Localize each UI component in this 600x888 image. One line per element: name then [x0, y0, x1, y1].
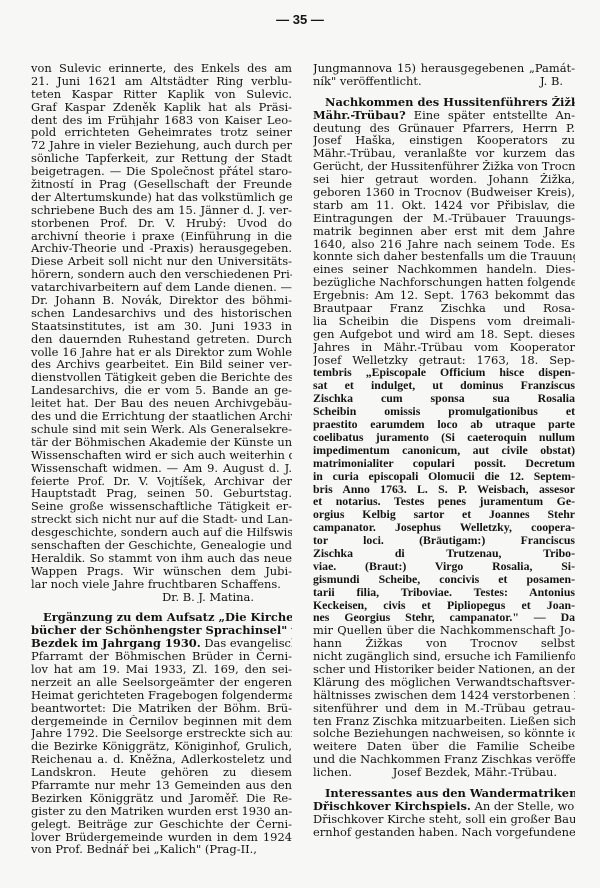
- text-line: die Bezirke Königgrätz, Königinhof, Grul…: [31, 740, 292, 753]
- text-line: Jahres in Mähr.-Trübau vom Kooperator: [313, 341, 575, 354]
- text-line: Klärung des möglichen Verwandtschaftsver…: [313, 676, 575, 689]
- text-line: in curia episcopali Olomucii die 12. Sep…: [313, 470, 575, 483]
- text-line: Heraldik. So stammt von ihm auch das neu…: [31, 552, 292, 565]
- text-line: nerzeit an alle Seelsorgeämter der enger…: [31, 676, 292, 689]
- heading-text: Nachkommen des Hussitenführers Žižka in: [325, 96, 575, 109]
- text-line: 1640, also 216 Jahre nach seinem Tode. E…: [313, 238, 575, 251]
- text-line: Jahre 1792. Die Seelsorge erstreckte sic…: [31, 727, 292, 740]
- text-line: des und die Errichtung der staatlichen A…: [31, 410, 292, 423]
- text-line: Mähr.-Trübau, veranlaßte vor kurzem das: [313, 147, 575, 160]
- text-line: tarii filia, Triboviae. Testes: Antonius: [313, 586, 575, 599]
- text-line: Diese Arbeit soll nicht nur den Universi…: [31, 255, 292, 268]
- text-line: dienstvollen Tätigkeit geben die Bericht…: [31, 371, 292, 384]
- text-line: schule sind mit sein Werk. Als Generalse…: [31, 423, 292, 436]
- heading-text: bücher der Schönhengster Sprachinsel" vo…: [31, 624, 292, 637]
- text-line: hörern, sondern auch den verschiedenen P…: [31, 268, 292, 281]
- text-line: hältnisses zwischen dem 1424 verstorbene…: [313, 689, 575, 702]
- text-line: coelibatus juramento (Si caeteroquin nul…: [313, 431, 575, 444]
- text-line: schen Landesarchivs und des historischen: [31, 307, 292, 320]
- signature-bezdek: Josef Bezdek, Mähr.-Trübau.: [393, 766, 575, 779]
- text-line: dent des im Frühjahr 1683 von Kaiser Leo…: [31, 114, 292, 127]
- text-line-with-signature: lichen.Josef Bezdek, Mähr.-Trübau.: [313, 766, 575, 779]
- text-line: Gerücht, der Hussitenführer Žižka von Tr…: [313, 160, 575, 173]
- text-line: lichen.: [313, 766, 352, 779]
- heading-text: Interessantes aus den Wandermatriken des: [325, 787, 575, 800]
- text-line: gismundi Scheibe, concivis et posamen-: [313, 573, 575, 586]
- text-line: Seine große wissenschaftliche Tätigkeit …: [31, 500, 292, 513]
- text-line: gister zu den Matriken wurden erst 1930 …: [31, 805, 292, 818]
- signature-matina: Dr. B. J. Matina.: [31, 591, 292, 604]
- text-line: tär der Böhmischen Akademie der Künste u…: [31, 436, 292, 449]
- text-line: teten Kaspar Ritter Kaplik von Sulevic.: [31, 88, 292, 101]
- text-line: der Altertumskunde) hat das volkstümlich…: [31, 191, 292, 204]
- paragraph-gap: [313, 779, 575, 787]
- text-line: senschaften der Geschichte, Genealogie u…: [31, 539, 292, 552]
- text-line: storbenen Prof. Dr. V. Hrubý: Úvod do: [31, 217, 292, 230]
- text-line: Brautpaar Franz Zischka und Rosa-: [313, 302, 575, 315]
- right-column: Jungmannova 15) herausgegebenen „Památ-n…: [313, 62, 575, 839]
- heading-tail-text: Das evangelische: [204, 637, 292, 650]
- text-line: Ergebnis: Am 12. Sept. 1763 bekommt das: [313, 289, 575, 302]
- text-line: den dauernden Ruhestand getreten. Durch: [31, 333, 292, 346]
- text-line: orgius Kelbig sartor et Joannes Stehr: [313, 508, 575, 521]
- paragraph-archive-news: von Sulevic erinnerte, des Enkels des am…: [31, 62, 292, 591]
- text-line: Heimat gerichteten Fragebogen folgenderm…: [31, 689, 292, 702]
- text-line: Hauptstadt Prag, seinen 50. Geburtstag.: [31, 487, 292, 500]
- text-line: matrik beginnen aber erst mit dem Jahre: [313, 225, 575, 238]
- paragraph-gap: [313, 88, 575, 96]
- text-line: mir Quellen über die Nachkommenschaft Jo…: [313, 624, 575, 637]
- text-line: dergemeinde in Černilov beginnen mit dem: [31, 715, 292, 728]
- text-line: eines seiner Nachkommen handeln. Dies-: [313, 263, 575, 276]
- heading-line: Nachkommen des Hussitenführers Žižka in: [313, 96, 575, 109]
- text-line: solche Beziehungen nachweisen, so könnte…: [313, 727, 575, 740]
- text-line: impedimentum canonicum, aut civile obsta…: [313, 444, 575, 457]
- text-line: Graf Kaspar Zdeněk Kaplik hat als Präsi-: [31, 101, 292, 114]
- text-line: Pfarramt der Böhmischen Brüder in Černi-: [31, 650, 292, 663]
- heading-line: Interessantes aus den Wandermatriken des: [313, 787, 575, 800]
- text-line: desgeschichte, sondern auch auf die Hilf…: [31, 526, 292, 539]
- text-line: Jungmannova 15) herausgegebenen „Památ-: [313, 62, 575, 75]
- text-line: volle 16 Jahre hat er als Direktor zum W…: [31, 346, 292, 359]
- text-line: leitet hat. Der Bau des neuen Archivgebä…: [31, 397, 292, 410]
- text-line: ernhof gestanden haben. Nach vorgefunden…: [313, 826, 575, 839]
- text-line: ník" veröffentlicht.: [313, 75, 422, 88]
- text-line: bris Anno 1763. L. S. P. Weisbach, asses…: [313, 483, 575, 496]
- heading-line: Bezdek im Jahrgang 1930. Das evangelisch…: [31, 637, 292, 650]
- text-line: Bezirken Königgrätz und Jaroměř. Die Re-: [31, 792, 292, 805]
- text-line: tor loci. (Bräutigam:) Franciscus: [313, 534, 575, 547]
- text-line: žitností in Prag (Gesellschaft der Freun…: [31, 178, 292, 191]
- text-line: Josef Haška, einstigen Kooperators zu: [313, 134, 575, 147]
- heading-text: Ergänzung zu dem Aufsatz „Die Kirchen-: [43, 611, 292, 624]
- text-line: lar noch viele Jahre fruchtbaren Schaffe…: [31, 578, 292, 591]
- paragraph-pamatnik-continuation: Jungmannova 15) herausgegebenen „Památ-n…: [313, 62, 575, 88]
- text-line: Wappen Prags. Wir wünschen dem Jubi-: [31, 565, 292, 578]
- text-line: geboren 1360 in Trocnov (Budweiser Kreis…: [313, 186, 575, 199]
- text-line: Scheibin omissis promulgationibus et: [313, 405, 575, 418]
- text-line: praestito earumdem loco ab utraque parte: [313, 418, 575, 431]
- text-line: archivní theorie i praxe (Einführung in …: [31, 230, 292, 243]
- text-line: feierte Prof. Dr. V. Vojtíšek, Archivar …: [31, 475, 292, 488]
- paragraph-wandermatriken: Interessantes aus den Wandermatriken des…: [313, 787, 575, 839]
- text-line: konnte sich daher bestenfalls um die Tra…: [313, 250, 575, 263]
- text-line: beigetragen. — Die Společnost přátel sta…: [31, 165, 292, 178]
- text-line-with-signature: ník" veröffentlicht.J. B.: [313, 75, 575, 88]
- text-line: schriebene Buch des am 15. Jänner d. J. …: [31, 204, 292, 217]
- document-page: — 35 — von Sulevic erinnerte, des Enkels…: [0, 0, 600, 888]
- text-line: von Prof. Bednář bei „Kalich" (Prag-II.,: [31, 843, 292, 856]
- text-line: starb am 11. Okt. 1424 vor Přibislav, di…: [313, 199, 575, 212]
- text-line: Wissenschaft widmen. — Am 9. August d. J…: [31, 462, 292, 475]
- text-line: pold errichteten Geheimrates trotz seine…: [31, 126, 292, 139]
- text-line: Landskron. Heute gehören zu diesem: [31, 766, 292, 779]
- text-line: gelegt. Beiträge zur Geschichte der Čern…: [31, 818, 292, 831]
- text-line: lov hat am 19. Mai 1933, Zl. 169, den se…: [31, 663, 292, 676]
- text-line: Dr. Johann B. Novák, Direktor des böhmi-: [31, 294, 292, 307]
- paragraph-kirchenbuecher-supplement: Ergänzung zu dem Aufsatz „Die Kirchen-bü…: [31, 611, 292, 856]
- text-line: beantwortet: Die Matriken der Böhm. Brü-: [31, 702, 292, 715]
- text-line: matrimonialiter copulari possit. Decretu…: [313, 457, 575, 470]
- text-line: streckt sich nicht nur auf die Stadt- un…: [31, 513, 292, 526]
- text-line: Staatsinstitutes, ist am 30. Juni 1933 i…: [31, 320, 292, 333]
- text-line: Landesarchivs, die er vom 5. Bande an ge…: [31, 384, 292, 397]
- heading-tail-text: An der Stelle, wo die: [475, 800, 575, 813]
- heading-line: bücher der Schönhengster Sprachinsel" vo…: [31, 624, 292, 637]
- text-line: bezügliche Nachforschungen hatten folgen…: [313, 276, 575, 289]
- text-line: scher und Historiker beider Nationen, an…: [313, 663, 575, 676]
- signature-jb: J. B.: [540, 75, 575, 88]
- text-line: 72 Jahre in vieler Beziehung, auch durch…: [31, 139, 292, 152]
- text-line: hann Žižkas von Trocnov selbst: [313, 637, 575, 650]
- page-number: — 35 —: [0, 12, 600, 27]
- text-line: Dřischkover Kirche steht, soll ein große…: [313, 813, 575, 826]
- text-line: ten Franz Zischka mitzuarbeiten. Ließen …: [313, 715, 575, 728]
- heading-text: Dřischkover Kirchspiels.: [313, 800, 471, 813]
- heading-tail-text: Eine später entstellte An-: [414, 109, 575, 122]
- text-line: lover Brüdergemeinde wurden in dem 1924: [31, 831, 292, 844]
- text-line: von Sulevic erinnerte, des Enkels des am: [31, 62, 292, 75]
- text-line: Keckeisen, civis et Pipliopegus et Joan-: [313, 599, 575, 612]
- text-line: und die Nachkommen Franz Zischkas veröff…: [313, 753, 575, 766]
- heading-text: Bezdek im Jahrgang 1930.: [31, 637, 201, 650]
- paragraph-zizka-descendants: Nachkommen des Hussitenführers Žižka inM…: [313, 96, 575, 779]
- heading-line: Ergänzung zu dem Aufsatz „Die Kirchen-: [31, 611, 292, 624]
- heading-line: Mähr.-Trübau? Eine später entstellte An-: [313, 109, 575, 122]
- heading-line: Dřischkover Kirchspiels. An der Stelle, …: [313, 800, 575, 813]
- text-line: campanator. Josephus Welletzky, coopera-: [313, 521, 575, 534]
- text-line: 21. Juni 1621 am Altstädter Ring verblu-: [31, 75, 292, 88]
- text-line: nicht zugänglich sind, ersuche ich Famil…: [313, 650, 575, 663]
- text-line: weitere Daten über die Familie Scheibe: [313, 740, 575, 753]
- text-line: viae. (Braut:) Virgo Rosalia, Si-: [313, 560, 575, 573]
- text-line: sönliche Tapferkeit, zur Rettung der Sta…: [31, 152, 292, 165]
- text-line: des Archivs gearbeitet. Ein Bild seiner …: [31, 358, 292, 371]
- heading-text: Mähr.-Trübau?: [313, 109, 406, 122]
- left-column: von Sulevic erinnerte, des Enkels des am…: [31, 62, 292, 856]
- text-line: tembris „Episcopale Officium hisce dispe…: [313, 366, 575, 379]
- text-line: Eintragungen der M.-Trübauer Trauungs-: [313, 212, 575, 225]
- text-line: sitenführer und dem in M.-Trübau getrau-: [313, 702, 575, 715]
- text-line: Zischka di Trutzenau, Tribo-: [313, 547, 575, 560]
- text-line: et notarius. Testes penes juramentum Ge-: [313, 495, 575, 508]
- text-line: Archiv-Theorie und -Praxis) herausgegebe…: [31, 242, 292, 255]
- text-line: vatarchivarbeitern auf dem Lande dienen.…: [31, 281, 292, 294]
- text-line: nes Georgius Stehr, campanator." — Da: [313, 611, 575, 624]
- paragraph-gap: [31, 603, 292, 611]
- text-line: deutung des Grünauer Pfarrers, Herrn P.: [313, 122, 575, 135]
- text-line: Zischka cum sponsa sua Rosalia: [313, 392, 575, 405]
- text-line: Wissenschaften wird er sich auch weiterh…: [31, 449, 292, 462]
- text-line: sat et indulget, ut dominus Franziscus: [313, 379, 575, 392]
- text-line: lia Scheibin die Dispens vom dreimali-: [313, 315, 575, 328]
- text-line: sei hier getraut worden. Johann Žižka,: [313, 173, 575, 186]
- text-line: Reichenau a. d. Kněžna, Adlerkosteletz u…: [31, 753, 292, 766]
- text-line: Josef Welletzky getraut: 1763, 18. Sep-: [313, 354, 575, 367]
- text-line: gen Aufgebot und wird am 18. Sept. diese…: [313, 328, 575, 341]
- text-line: Pfarramte nur mehr 13 Gemeinden aus den: [31, 779, 292, 792]
